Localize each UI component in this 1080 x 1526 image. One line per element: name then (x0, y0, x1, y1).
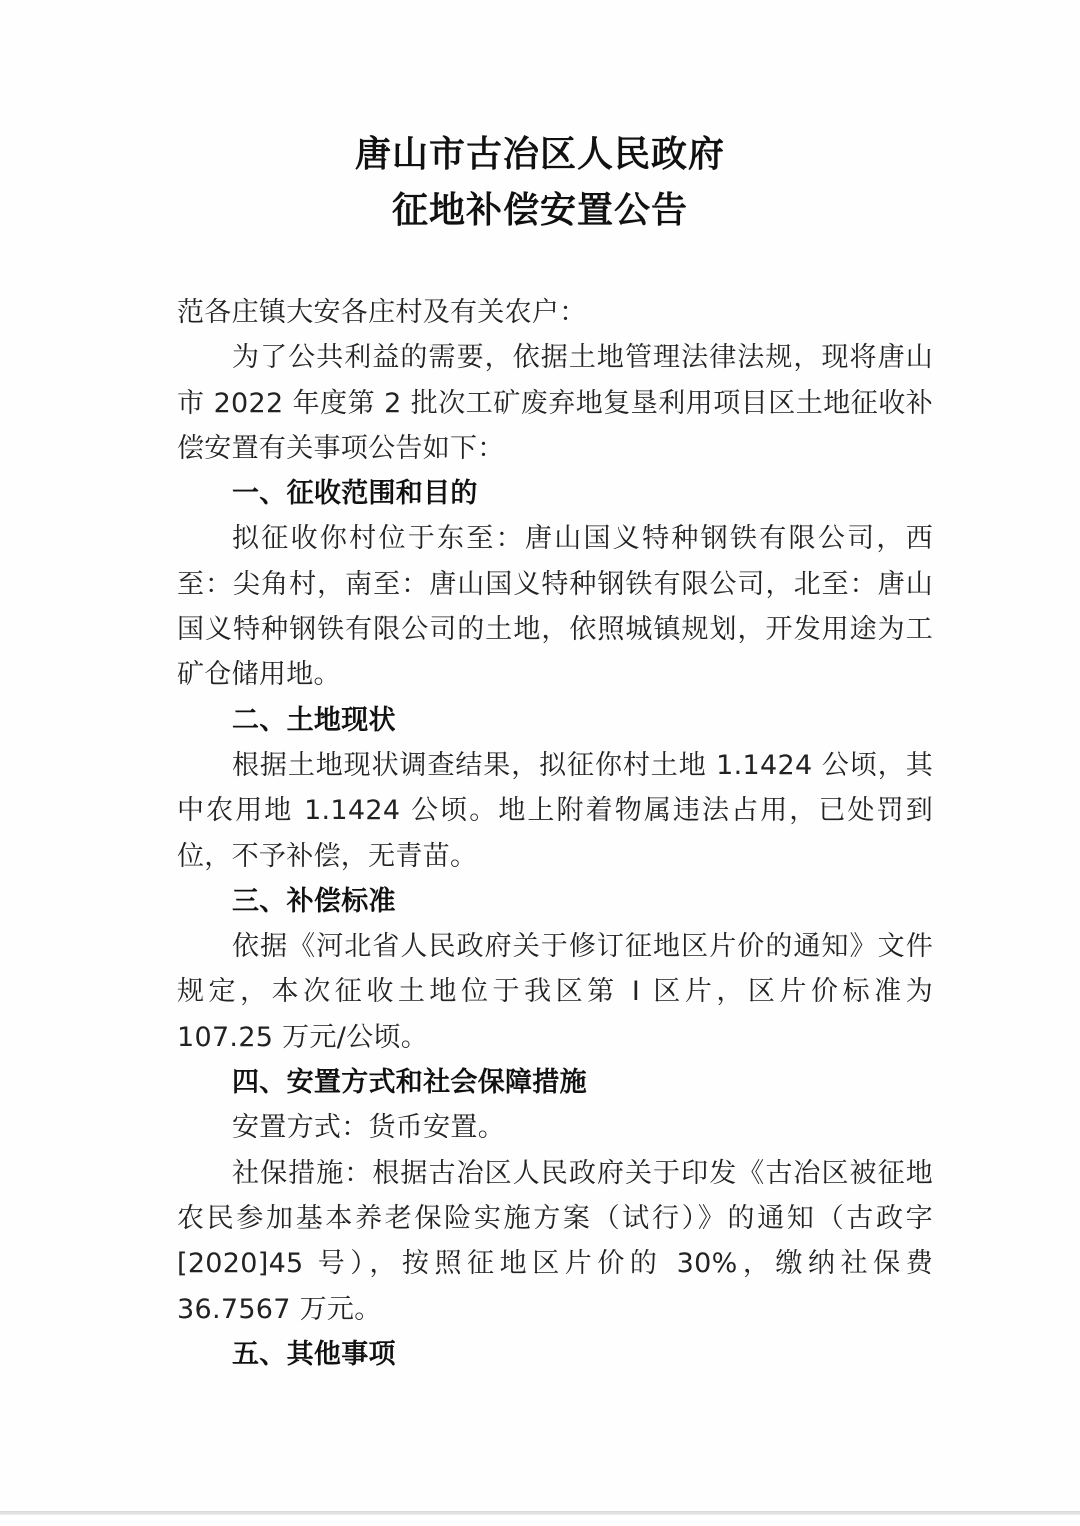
section-scope-paragraph: 拟征收你村位于东至：唐山国义特种钢铁有限公司，西至：尖角村，南至：唐山国义特种钢… (177, 516, 933, 697)
document-title-subject: 征地补偿安置公告 (0, 192, 1080, 228)
document-page: 唐山市古冶区人民政府 征地补偿安置公告 范各庄镇大安各庄村及有关农户： 为了公共… (0, 0, 1080, 1526)
section-social-security: 社保措施：根据古冶区人民政府关于印发《古冶区被征地农民参加基本养老保险实施方案（… (177, 1151, 933, 1332)
section-heading-land-status: 二、土地现状 (177, 698, 933, 743)
document-title-issuer: 唐山市古冶区人民政府 (0, 136, 1080, 172)
section-land-status-paragraph: 根据土地现状调查结果，拟征你村土地 1.1424 公顷，其中农用地 1.1424… (177, 743, 933, 879)
section-heading-scope: 一、征收范围和目的 (177, 471, 933, 516)
section-heading-other: 五、其他事项 (177, 1332, 933, 1377)
section-heading-resettlement: 四、安置方式和社会保障措施 (177, 1060, 933, 1105)
section-heading-compensation: 三、补偿标准 (177, 879, 933, 924)
intro-paragraph: 为了公共利益的需要，依据土地管理法律法规，现将唐山市 2022 年度第 2 批次… (177, 335, 933, 471)
salutation: 范各庄镇大安各庄村及有关农户： (177, 290, 933, 335)
page-bottom-margin (0, 1515, 1080, 1526)
section-compensation-paragraph: 依据《河北省人民政府关于修订征地区片价的通知》文件规定，本次征收土地位于我区第 … (177, 924, 933, 1060)
section-resettlement-method: 安置方式：货币安置。 (177, 1105, 933, 1150)
document-body: 范各庄镇大安各庄村及有关农户： 为了公共利益的需要，依据土地管理法律法规，现将唐… (177, 290, 933, 1377)
